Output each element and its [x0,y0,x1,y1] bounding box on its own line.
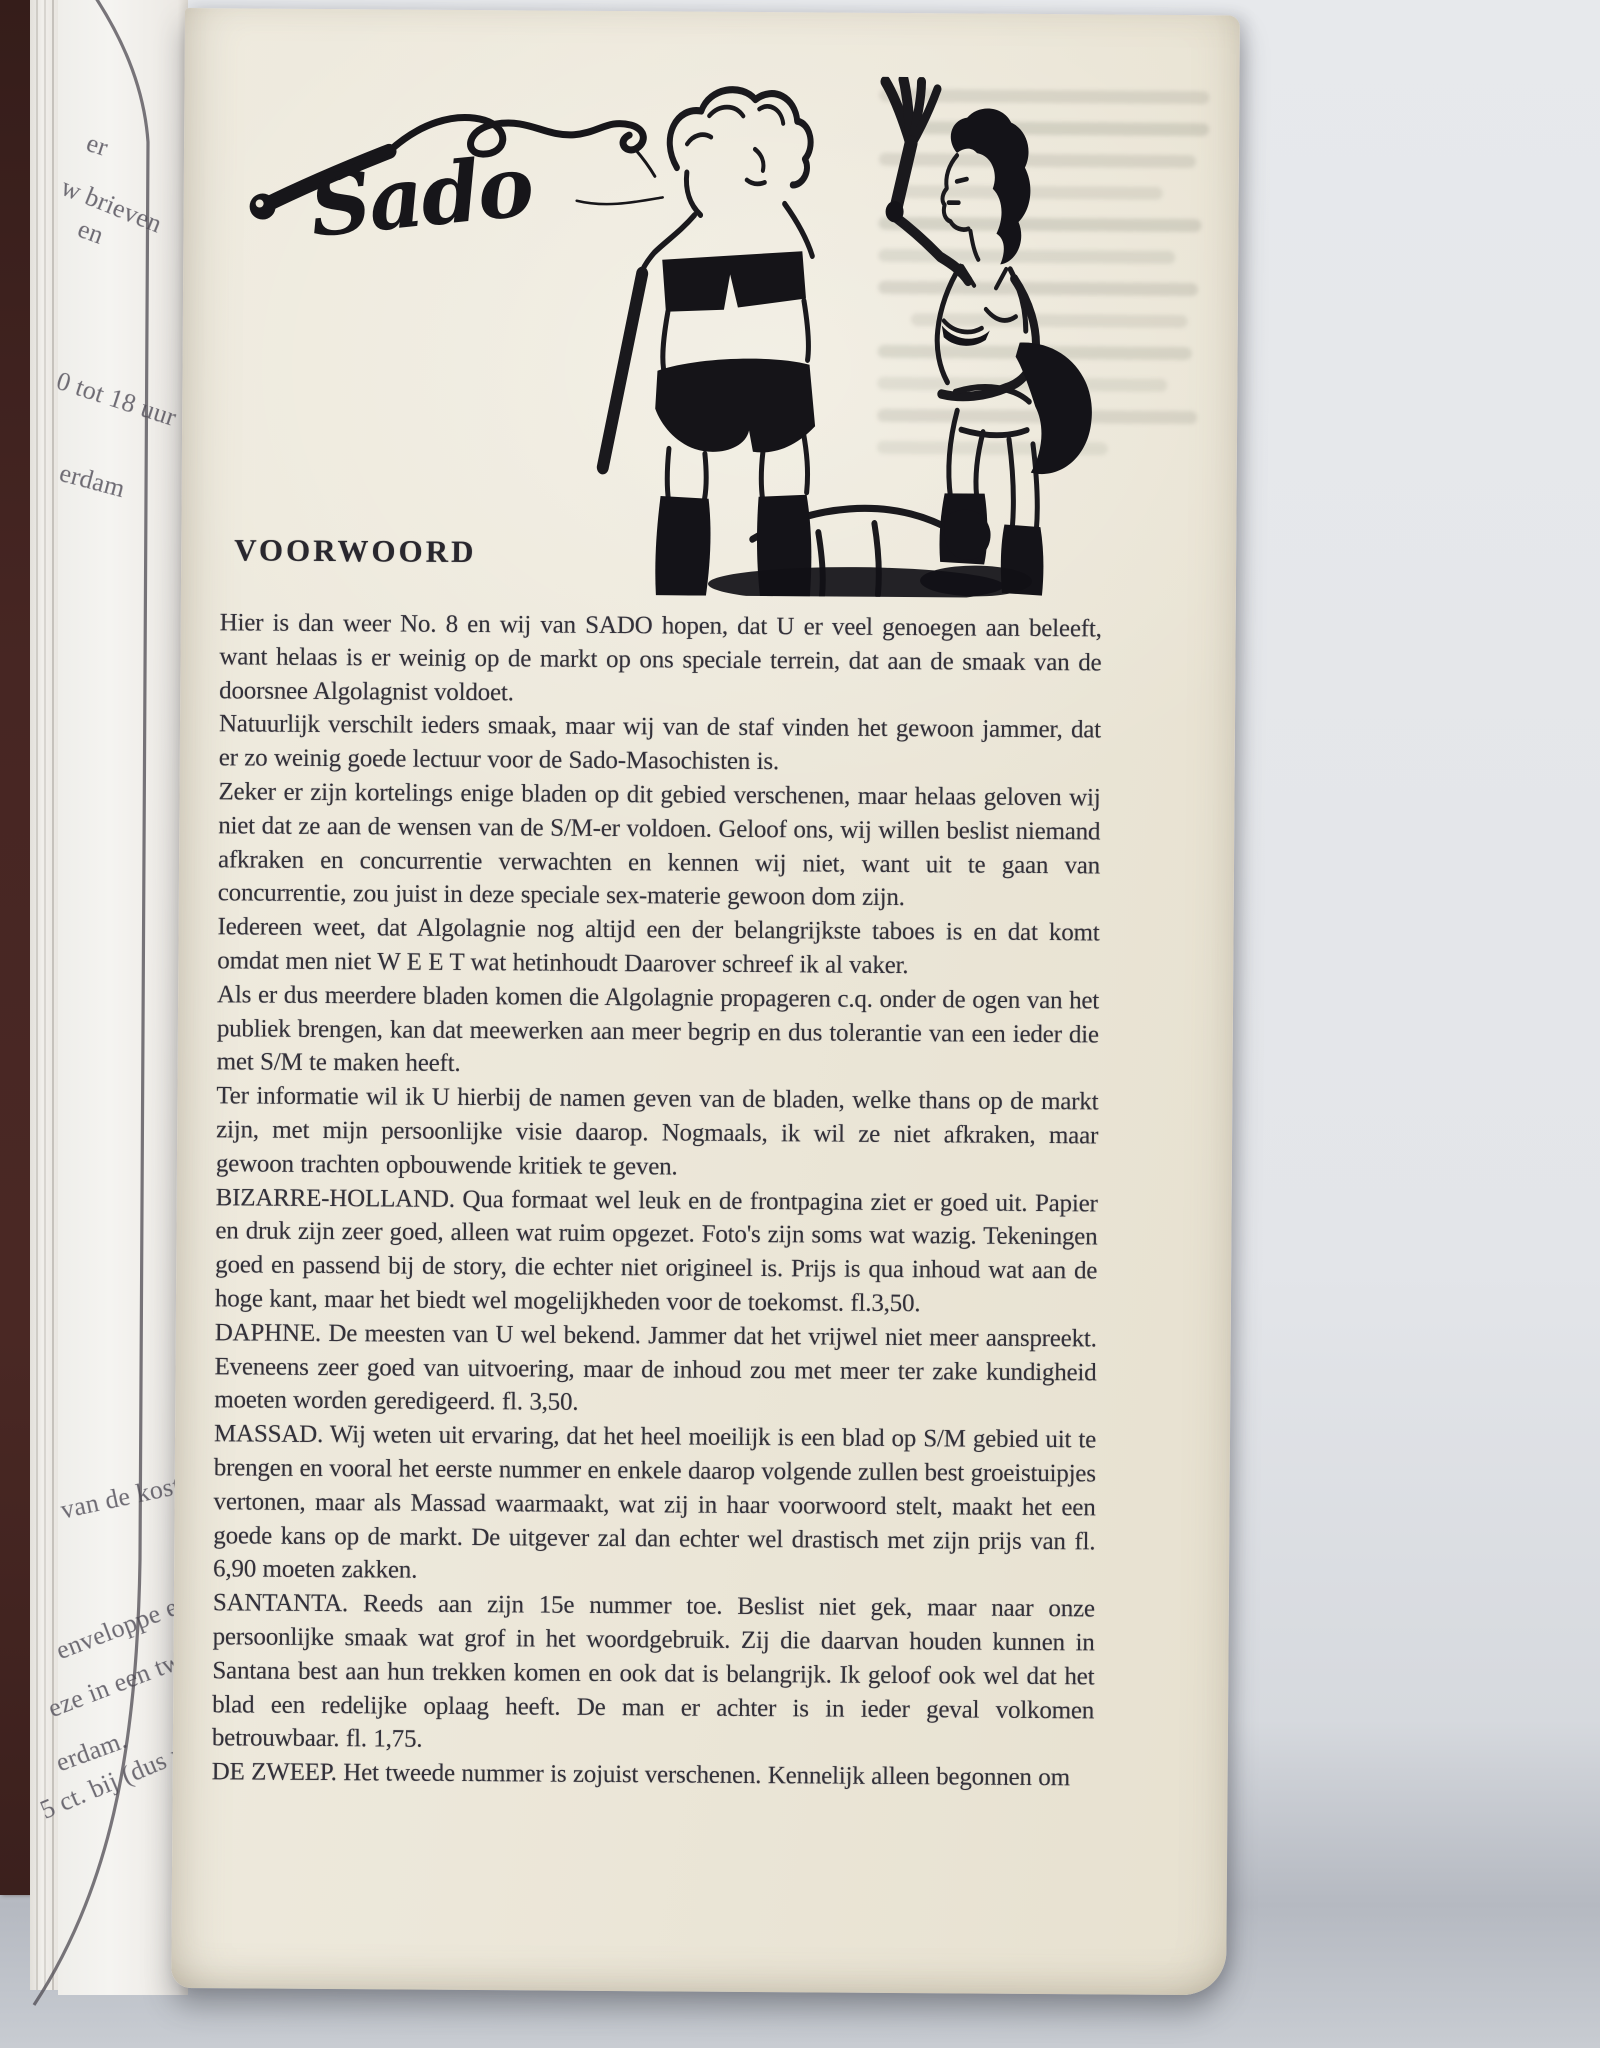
briefs [655,358,816,453]
foreword-body: Hier is dan weer No. 8 en wij van SADO h… [212,606,1102,1795]
paragraph-review-santanta: SANTANTA. Reeds aan zijn 15e nummer toe.… [212,1586,1095,1761]
paragraph: Als er dus meerdere bladen komen die Alg… [217,978,1100,1086]
whip-handle-knob [250,193,276,219]
left-page-text-fragment: 0 tot 18 uur [53,366,180,433]
page-edge-line [44,0,46,1990]
paragraph: Hier is dan weer No. 8 en wij van SADO h… [219,606,1102,714]
flared-skirt [1015,342,1093,474]
logo-script-text: Sado [306,136,536,253]
sm-figures-illustration [556,75,1140,599]
photographed-magazine-spread: er w brieven en 0 tot 18 uur erdam van d… [0,0,1600,2048]
bikini-top [662,250,806,312]
left-page-text-fragment: en [74,214,108,251]
paragraph: Natuurlijk verschilt ieders smaak, maar … [219,708,1101,782]
magazine-cover-edge [0,0,30,1895]
paragraph-review-bizarre: BIZARRE-HOLLAND. Qua formaat wel leuk en… [215,1181,1098,1322]
page-title: VOORWOORD [234,532,477,570]
paragraph-review-daphne: DAPHNE. De meesten van U wel bekend. Jam… [214,1316,1097,1424]
dark-hair [950,108,1031,264]
paragraph-review-massad: MASSAD. Wij weten uit ervaring, dat het … [213,1417,1096,1592]
left-page-text-fragment: erdam [56,458,128,504]
left-boot [655,496,711,596]
paragraph: Ter informatie wil ik U hierbij de namen… [216,1079,1099,1187]
paragraph: Zeker er zijn kortelings enige bladen op… [218,775,1101,916]
left-page-text-fragment: er [83,128,112,163]
page-edge-line [36,0,38,1990]
paragraph-review-dezweep: DE ZWEEP. Het tweede nummer is zojuist v… [212,1755,1094,1795]
paragraph: Iedereen weet, dat Algolagnie nog altijd… [217,910,1099,984]
magazine-page: Sado [171,8,1240,1995]
left-page-text-fragment: w brieven [57,172,166,240]
left-page: er w brieven en 0 tot 18 uur erdam van d… [58,0,188,1995]
